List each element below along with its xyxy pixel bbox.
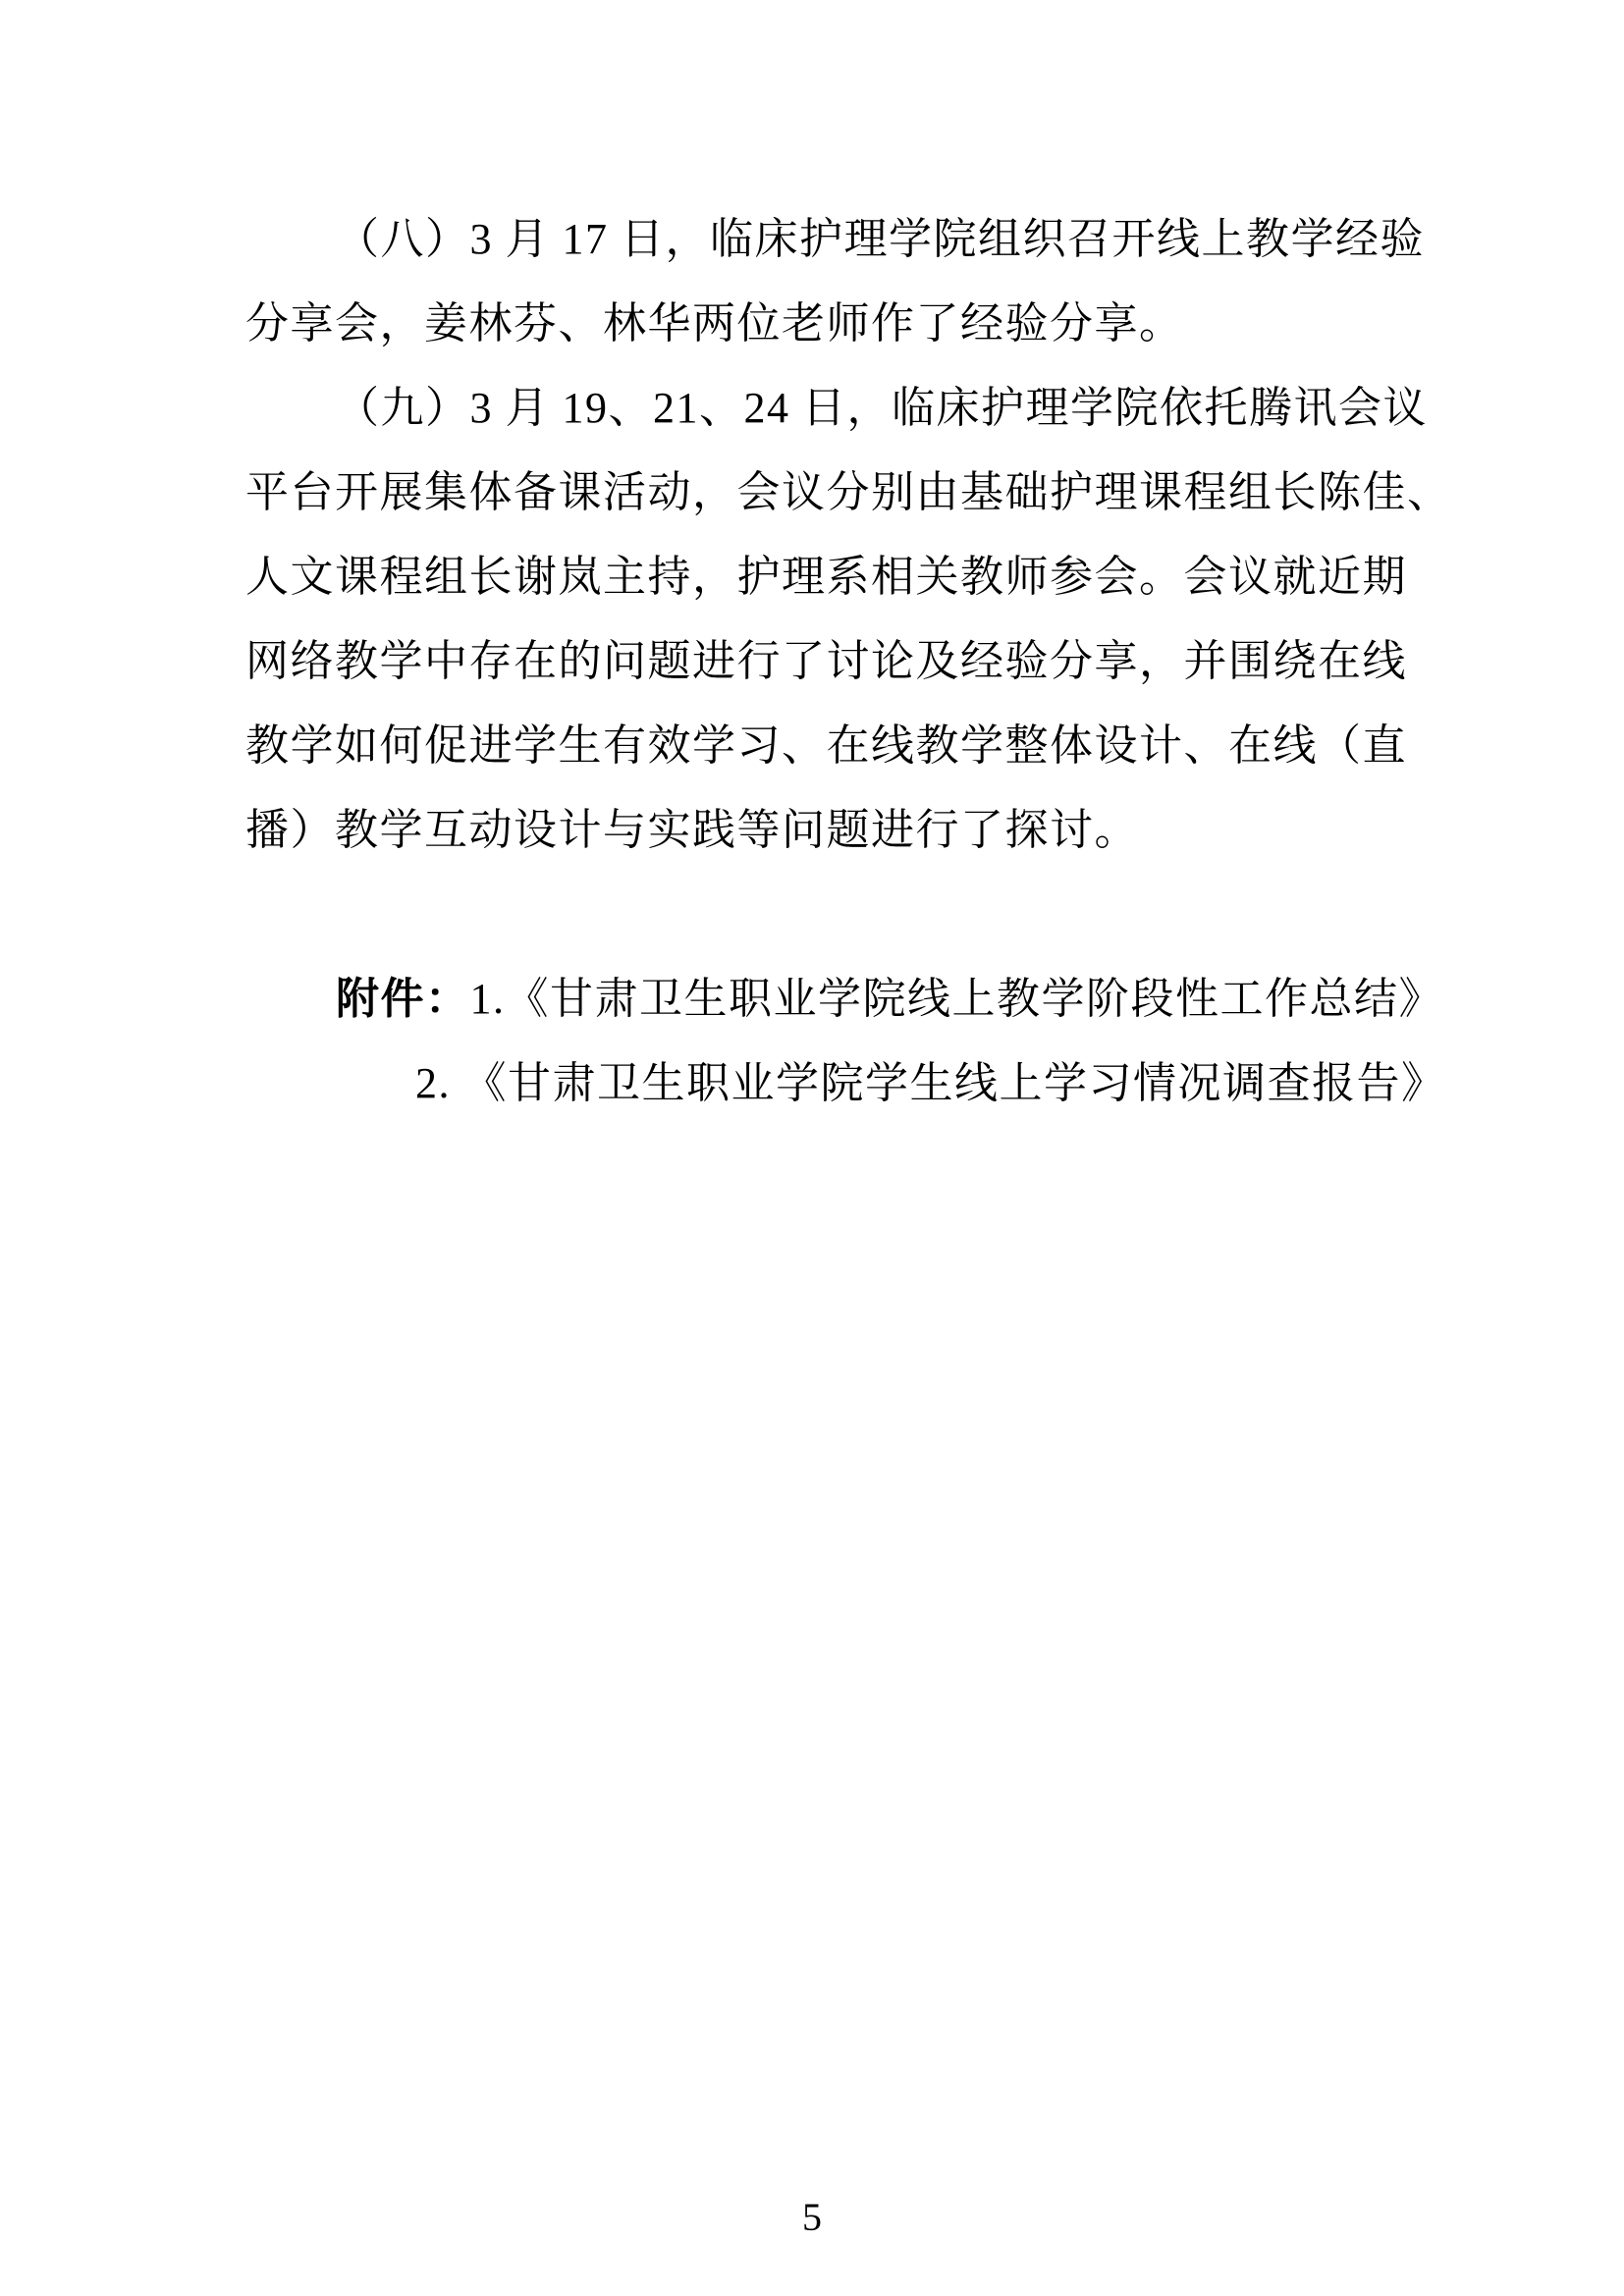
paragraph-9-line-1: （九）3 月 19、21、24 日，临床护理学院依托腾讯会议: [245, 366, 1463, 451]
paragraph-9-line-3: 人文课程组长谢岚主持，护理系相关教师参会。会议就近期: [245, 535, 1463, 619]
page-number: 5: [0, 2196, 1624, 2239]
paragraph-9-line-2: 平台开展集体备课活动，会议分别由基础护理课程组长陈佳、: [245, 451, 1463, 535]
attachment-line-1: 附件：1.《甘肃卫生职业学院线上教学阶段性工作总结》: [245, 957, 1463, 1041]
attachment-item-1: 1.《甘肃卫生职业学院线上教学阶段性工作总结》: [470, 975, 1444, 1023]
document-body: （八）3 月 17 日，临床护理学院组织召开线上教学经验 分享会，姜林芬、林华两…: [245, 197, 1463, 1126]
attachment-section: 附件：1.《甘肃卫生职业学院线上教学阶段性工作总结》 2. 《甘肃卫生职业学院学…: [245, 957, 1463, 1126]
paragraph-8-line-2: 分享会，姜林芬、林华两位老师作了经验分享。: [245, 282, 1463, 366]
document-page: （八）3 月 17 日，临床护理学院组织召开线上教学经验 分享会，姜林芬、林华两…: [0, 0, 1624, 2296]
attachment-item-2: 2. 《甘肃卫生职业学院学生线上学习情况调查报告》: [245, 1041, 1463, 1126]
paragraph-9-line-5: 教学如何促进学生有效学习、在线教学整体设计、在线（直: [245, 704, 1463, 788]
paragraph-9-line-4: 网络教学中存在的问题进行了讨论及经验分享，并围绕在线: [245, 619, 1463, 704]
paragraph-8-line-1: （八）3 月 17 日，临床护理学院组织召开线上教学经验: [245, 197, 1463, 282]
attachment-label: 附件：: [336, 975, 470, 1023]
paragraph-9-line-6: 播）教学互动设计与实践等问题进行了探讨。: [245, 788, 1463, 873]
